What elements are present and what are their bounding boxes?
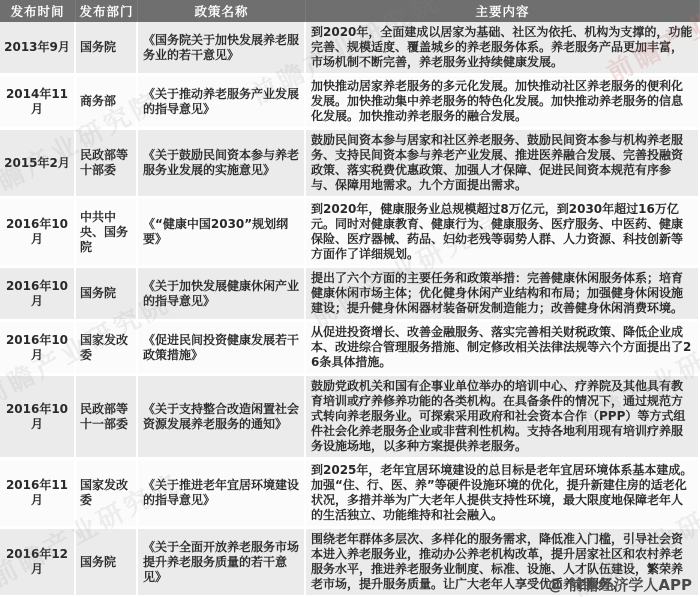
publish-dept: 民政部等十部委 (76, 130, 138, 199)
policy-name: 《关于加快发展健康休闲产业的指导意见》 (138, 268, 306, 322)
table-row: 2016年10月 中共中央、国务院 《“健康中国2030”规划纲要》 到2020… (0, 199, 700, 268)
main-content: 提出了六个方面的主要任务和政策举措：完善健康休闲服务体系；培育健康休闲市场主体；… (306, 268, 700, 322)
col-header-policy-name: 政策名称 (138, 0, 306, 22)
policy-name: 《“健康中国2030”规划纲要》 (138, 199, 306, 268)
main-content: 从促进投资增长、改善金融服务、落实完善相关财税政策、降低企业成本、改进综合管理服… (306, 322, 700, 376)
col-header-main-content: 主要内容 (306, 0, 700, 22)
main-content: 到2020年，健康服务业总规模超过8万亿元，到2030年超过16万亿元。同时对健… (306, 199, 700, 268)
publish-time: 2016年10月 (0, 199, 76, 268)
policy-table-page: 发布时间 发布部门 政策名称 主要内容 2013年9月 国务院 《国务院关于加快… (0, 0, 700, 597)
publish-dept: 国务院 (76, 529, 138, 597)
main-content: 加快推动居家养老服务的多元化发展。加快推动社区养老服务的便利化发展。加快推动集中… (306, 76, 700, 130)
publish-time: 2016年10月 (0, 268, 76, 322)
policy-name: 《关于鼓励民间资本参与养老服务业发展的实施意见》 (138, 130, 306, 199)
publish-time: 2013年9月 (0, 22, 76, 76)
publish-dept: 国务院 (76, 22, 138, 76)
table-row: 2014年11月 商务部 《关于推动养老服务产业发展的指导意见》 加快推动居家养… (0, 76, 700, 130)
table-row: 2016年11月 国家发改委 《关于推进老年宜居环境建设的指导意见》 到2025… (0, 460, 700, 529)
policy-name: 《关于支持整合改造闲置社会资源发展养老服务的通知》 (138, 376, 306, 460)
policy-name: 《关于推进老年宜居环境建设的指导意见》 (138, 460, 306, 529)
header-row: 发布时间 发布部门 政策名称 主要内容 (0, 0, 700, 22)
policy-name: 《国务院关于加快发展养老服务业的若干意见》 (138, 22, 306, 76)
table-row: 2013年9月 国务院 《国务院关于加快发展养老服务业的若干意见》 到2020年… (0, 22, 700, 76)
table-row: 2016年10月 国家发改委 《促进民间投资健康发展若干政策措施》 从促进投资增… (0, 322, 700, 376)
table-row: 2015年2月 民政部等十部委 《关于鼓励民间资本参与养老服务业发展的实施意见》… (0, 130, 700, 199)
col-header-publish-dept: 发布部门 (76, 0, 138, 22)
publish-time: 2016年12月 (0, 529, 76, 597)
policy-name: 《促进民间投资健康发展若干政策措施》 (138, 322, 306, 376)
main-content: 到2020年，全面建成以居家为基础、社区为依托、机构为支撑的，功能完善、规模适度… (306, 22, 700, 76)
publish-dept: 国家发改委 (76, 322, 138, 376)
publish-dept: 民政部等十一部委 (76, 376, 138, 460)
publish-time: 2014年11月 (0, 76, 76, 130)
policy-name: 《关于推动养老服务产业发展的指导意见》 (138, 76, 306, 130)
publish-dept: 商务部 (76, 76, 138, 130)
publish-dept: 中共中央、国务院 (76, 199, 138, 268)
publish-time: 2016年11月 (0, 460, 76, 529)
publish-dept: 国务院 (76, 268, 138, 322)
table-row: 2016年10月 民政部等十一部委 《关于支持整合改造闲置社会资源发展养老服务的… (0, 376, 700, 460)
publish-time: 2016年10月 (0, 376, 76, 460)
main-content: 到2025年，老年宜居环境建设的总目标是老年宜居环境体系基本建成。加强“住、行、… (306, 460, 700, 529)
main-content: 鼓励民间资本参与居家和社区养老服务、鼓励民间资本参与机构养老服务、支持民间资本参… (306, 130, 700, 199)
publish-time: 2015年2月 (0, 130, 76, 199)
source-credit: @ 前瞻经济学人APP (548, 574, 692, 595)
policy-name: 《关于全面开放养老服务市场提升养老服务质量的若干意见》 (138, 529, 306, 597)
publish-time: 2016年10月 (0, 322, 76, 376)
publish-dept: 国家发改委 (76, 460, 138, 529)
main-content: 鼓励党政机关和国有企事业单位举办的培训中心、疗养院及其他具有教育培训或疗养修养功… (306, 376, 700, 460)
col-header-publish-time: 发布时间 (0, 0, 76, 22)
table-header: 发布时间 发布部门 政策名称 主要内容 (0, 0, 700, 22)
policy-table: 发布时间 发布部门 政策名称 主要内容 2013年9月 国务院 《国务院关于加快… (0, 0, 700, 597)
table-row: 2016年10月 国务院 《关于加快发展健康休闲产业的指导意见》 提出了六个方面… (0, 268, 700, 322)
